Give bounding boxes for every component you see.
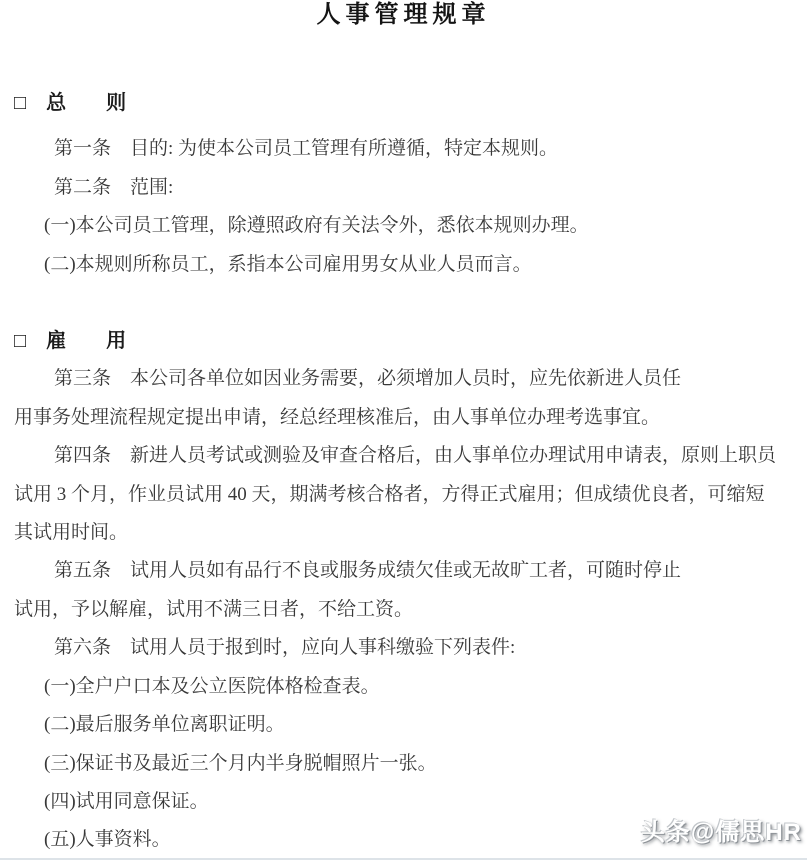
doc-line: 试用 3 个月，作业员试用 40 天，期满考核合格者，方得正式雇用；但成绩优良者… <box>14 476 797 514</box>
doc-line: (一)全户户口本及公立医院体格检查表。 <box>14 668 797 706</box>
doc-line: (二)本规则所称员工，系指本公司雇用男女从业人员而言。 <box>14 246 797 284</box>
page-title: 人事管理规章 <box>0 0 807 28</box>
doc-line: (三)保证书及最近三个月内半身脱帽照片一张。 <box>14 745 797 783</box>
doc-line: 第三条 本公司各单位如因业务需要，必须增加人员时，应先依新进人员任 <box>14 360 797 398</box>
doc-line: 试用，予以解雇，试用不满三日者，不给工资。 <box>14 591 797 629</box>
doc-line: 第五条 试用人员如有品行不良或服务成绩欠佳或无故旷工者，可随时停止 <box>14 552 797 590</box>
section-heading-employment: □ 雇 用 <box>14 322 797 360</box>
doc-line: 第四条 新进人员考试或测验及审查合格后，由人事单位办理试用申请表，原则上职员 <box>14 437 797 475</box>
document-body: □ 总 则 第一条 目的: 为使本公司员工管理有所遵循，特定本规则。 第二条 范… <box>0 84 807 860</box>
section-heading-general: □ 总 则 <box>14 84 797 122</box>
doc-line: 第六条 试用人员于报到时，应向人事科缴验下列表件: <box>14 629 797 667</box>
doc-line: 第一条 目的: 为使本公司员工管理有所遵循，特定本规则。 <box>14 130 797 168</box>
doc-line: (二)最后服务单位离职证明。 <box>14 706 797 744</box>
doc-line: (一)本公司员工管理，除遵照政府有关法令外，悉依本规则办理。 <box>14 207 797 245</box>
doc-line: 用事务处理流程规定提出申请，经总经理核准后，由人事单位办理考选事宜。 <box>14 399 797 437</box>
watermark-toutiao: 头条@儒思HR <box>641 812 802 847</box>
doc-line: 第二条 范围: <box>14 169 797 207</box>
document-page: 人事管理规章 □ 总 则 第一条 目的: 为使本公司员工管理有所遵循，特定本规则… <box>0 0 807 860</box>
doc-line: 其试用时间。 <box>14 514 797 552</box>
